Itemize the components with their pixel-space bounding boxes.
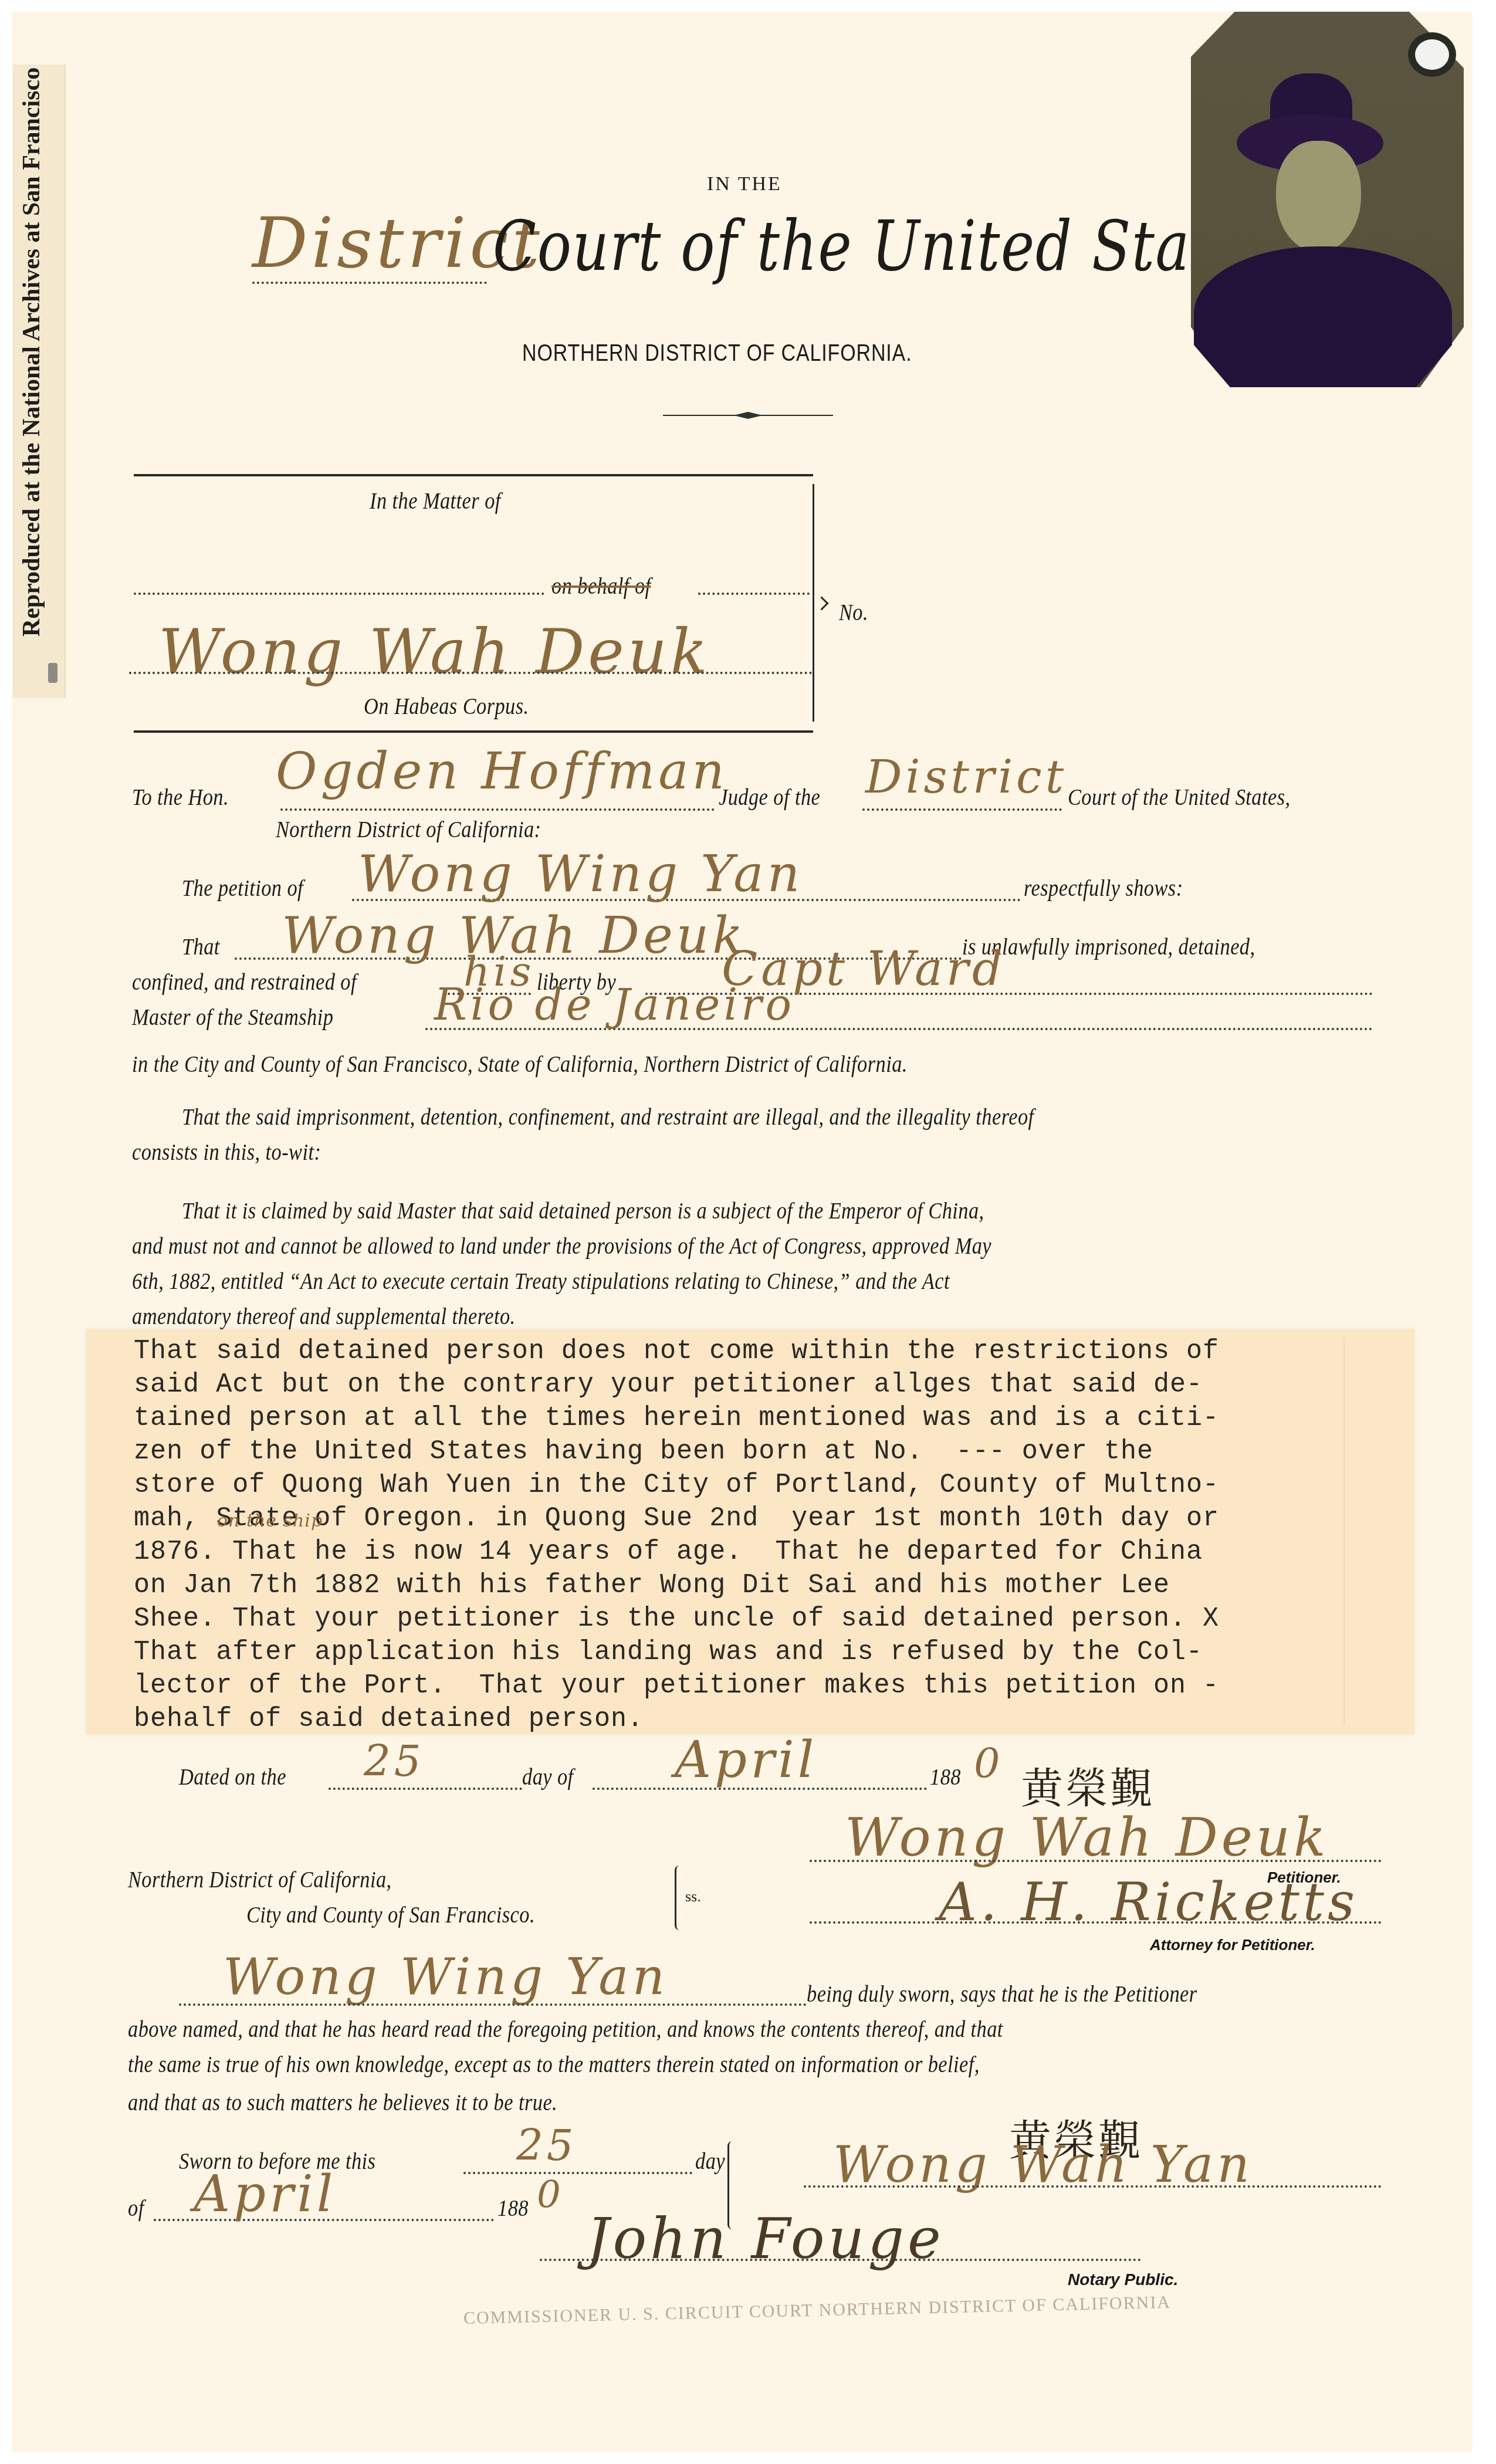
jurat-of-label: of: [128, 2194, 144, 2222]
typed-line: That said detained person does not come …: [134, 1335, 1219, 1368]
venue-brace: [675, 1866, 685, 1930]
attorney-signature-line: [810, 1921, 1382, 1924]
notary-signature-line: [540, 2259, 1141, 2261]
photo-face: [1276, 141, 1361, 252]
venue-line-2: City and County of San Francisco.: [246, 1901, 535, 1928]
para-claimed-1: That it is claimed by said Master that s…: [182, 1197, 984, 1224]
affiant-name-handwritten: Wong Wing Yan: [223, 1948, 668, 2006]
grommet-hole: [1408, 32, 1456, 77]
judge-of-the: Judge of the: [719, 783, 820, 811]
master-of-steamship: Master of the Steamship: [132, 1003, 333, 1031]
court-type-dotted-line: [252, 282, 487, 284]
judge-line: [280, 808, 715, 811]
ornament-divider: [663, 411, 833, 420]
caption-dotted-line: [134, 593, 544, 595]
jurat-year-prefix: 188: [497, 2194, 529, 2222]
typed-line: Shee. That your petitioner is the uncle …: [134, 1602, 1219, 1636]
dated-year-prefix: 188: [930, 1763, 961, 1791]
sworn-day-label: day: [695, 2147, 725, 2175]
venue-line-1: Northern District of California,: [128, 1866, 392, 1893]
to-the-hon: To the Hon.: [132, 783, 229, 811]
on-habeas-corpus: On Habeas Corpus.: [364, 692, 529, 720]
affiant-signature-line: [804, 2185, 1382, 2188]
notary-label: Notary Public.: [1068, 2270, 1178, 2289]
clip-mark: [48, 663, 57, 683]
on-behalf-of: on behalf of: [551, 572, 651, 600]
caption-dotted-line: [698, 593, 810, 595]
court-type-line: [862, 808, 1062, 811]
slip-fold-line: [1343, 1338, 1345, 1725]
typed-line: store of Quong Wah Yuen in the City of P…: [134, 1468, 1219, 1502]
court-of-us: Court of the United States,: [1068, 783, 1290, 811]
in-the-heading: IN THE: [707, 173, 782, 195]
affidavit-line-1: being duly sworn, says that he is the Pe…: [807, 1980, 1197, 2008]
affiant-line: [179, 2003, 807, 2006]
typed-line: That after application his landing was a…: [134, 1636, 1219, 1669]
district-heading: NORTHERN DISTRICT OF CALIFORNIA.: [522, 340, 912, 367]
typed-insert-text: That said detained person does not come …: [134, 1335, 1219, 1736]
dated-year-handwritten: 0: [974, 1739, 1004, 1788]
petitioner-signature-line: [810, 1860, 1382, 1862]
dated-month-handwritten: April: [675, 1731, 817, 1789]
photo-body: [1194, 246, 1452, 387]
judge-name-handwritten: Ogden Hoffman: [276, 742, 728, 801]
typed-line: lector of the Port. That your petitioner…: [134, 1669, 1219, 1703]
in-the-matter-of: In the Matter of: [370, 487, 501, 515]
ss-label: ss.: [685, 1888, 701, 1905]
attorney-label: Attorney for Petitioner.: [1150, 1936, 1315, 1954]
sworn-day-line: [463, 2172, 692, 2174]
confined-text: confined, and restrained of: [132, 968, 357, 996]
dated-day-handwritten: 25: [364, 1737, 425, 1786]
court-title: Court of the United States: [493, 205, 1279, 286]
jurat-month-handwritten: April: [194, 2165, 336, 2223]
caption-bottom-rule: [134, 730, 813, 733]
caption-top-rule: [134, 474, 813, 476]
para-claimed-3: 6th, 1882, entitled “An Act to execute c…: [132, 1267, 950, 1295]
that-label: That: [182, 933, 220, 960]
para-illegal-1: That the said imprisonment, detention, c…: [182, 1103, 1034, 1131]
notary-signature: John Fouge: [587, 2206, 945, 2272]
typed-line: on Jan 7th 1882 with his father Wong Dit…: [134, 1569, 1219, 1602]
typed-line: tained person at all the times herein me…: [134, 1402, 1219, 1435]
archive-label: Reproduced at the National Archives at S…: [18, 67, 46, 637]
petition-of: The petition of: [182, 874, 303, 902]
para-claimed-4: amendatory thereof and supplemental ther…: [132, 1302, 516, 1330]
typed-line: 1876. That he is now 14 years of age. Th…: [134, 1535, 1219, 1569]
attorney-signature: A. H. Ricketts: [939, 1871, 1358, 1933]
typed-line: said Act but on the contrary your petiti…: [134, 1368, 1219, 1402]
northern-district-line: Northern District of California:: [276, 815, 541, 843]
chinese-signature-1: 黄榮覲: [1021, 1754, 1155, 1815]
party-name-line: [129, 672, 813, 674]
unlawfully-text: is unlawfully imprisoned, detained,: [962, 933, 1255, 960]
party-name-handwritten: Wong Wah Deuk: [158, 616, 711, 688]
jurat-year-handwritten: 0: [537, 2174, 564, 2217]
dated-on-the: Dated on the: [179, 1763, 286, 1791]
petitioner-name-handwritten: Wong Wing Yan: [358, 845, 803, 903]
sworn-day-handwritten: 25: [516, 2121, 577, 2170]
interlineation-handwritten: on the ship: [217, 1511, 323, 1531]
affidavit-line-2: above named, and that he has heard read …: [128, 2015, 1003, 2043]
dated-day-line: [329, 1788, 522, 1790]
affidavit-line-3: the same is true of his own knowledge, e…: [128, 2050, 980, 2078]
para-illegal-2: consists in this, to-wit:: [132, 1138, 321, 1166]
city-county-line: in the City and County of San Francisco,…: [132, 1050, 908, 1078]
case-number-label: No.: [839, 598, 868, 626]
affidavit-line-4: and that as to such matters he believes …: [128, 2089, 557, 2116]
steamship-handwritten: Rio de Janeiro: [434, 980, 795, 1030]
para-claimed-2: and must not and cannot be allowed to la…: [132, 1232, 991, 1260]
day-of: day of: [522, 1763, 574, 1791]
typed-line: zen of the United States having been bor…: [134, 1435, 1219, 1468]
respectfully-shows: respectfully shows:: [1024, 874, 1183, 902]
court-type-handwritten-2: District: [865, 751, 1067, 804]
